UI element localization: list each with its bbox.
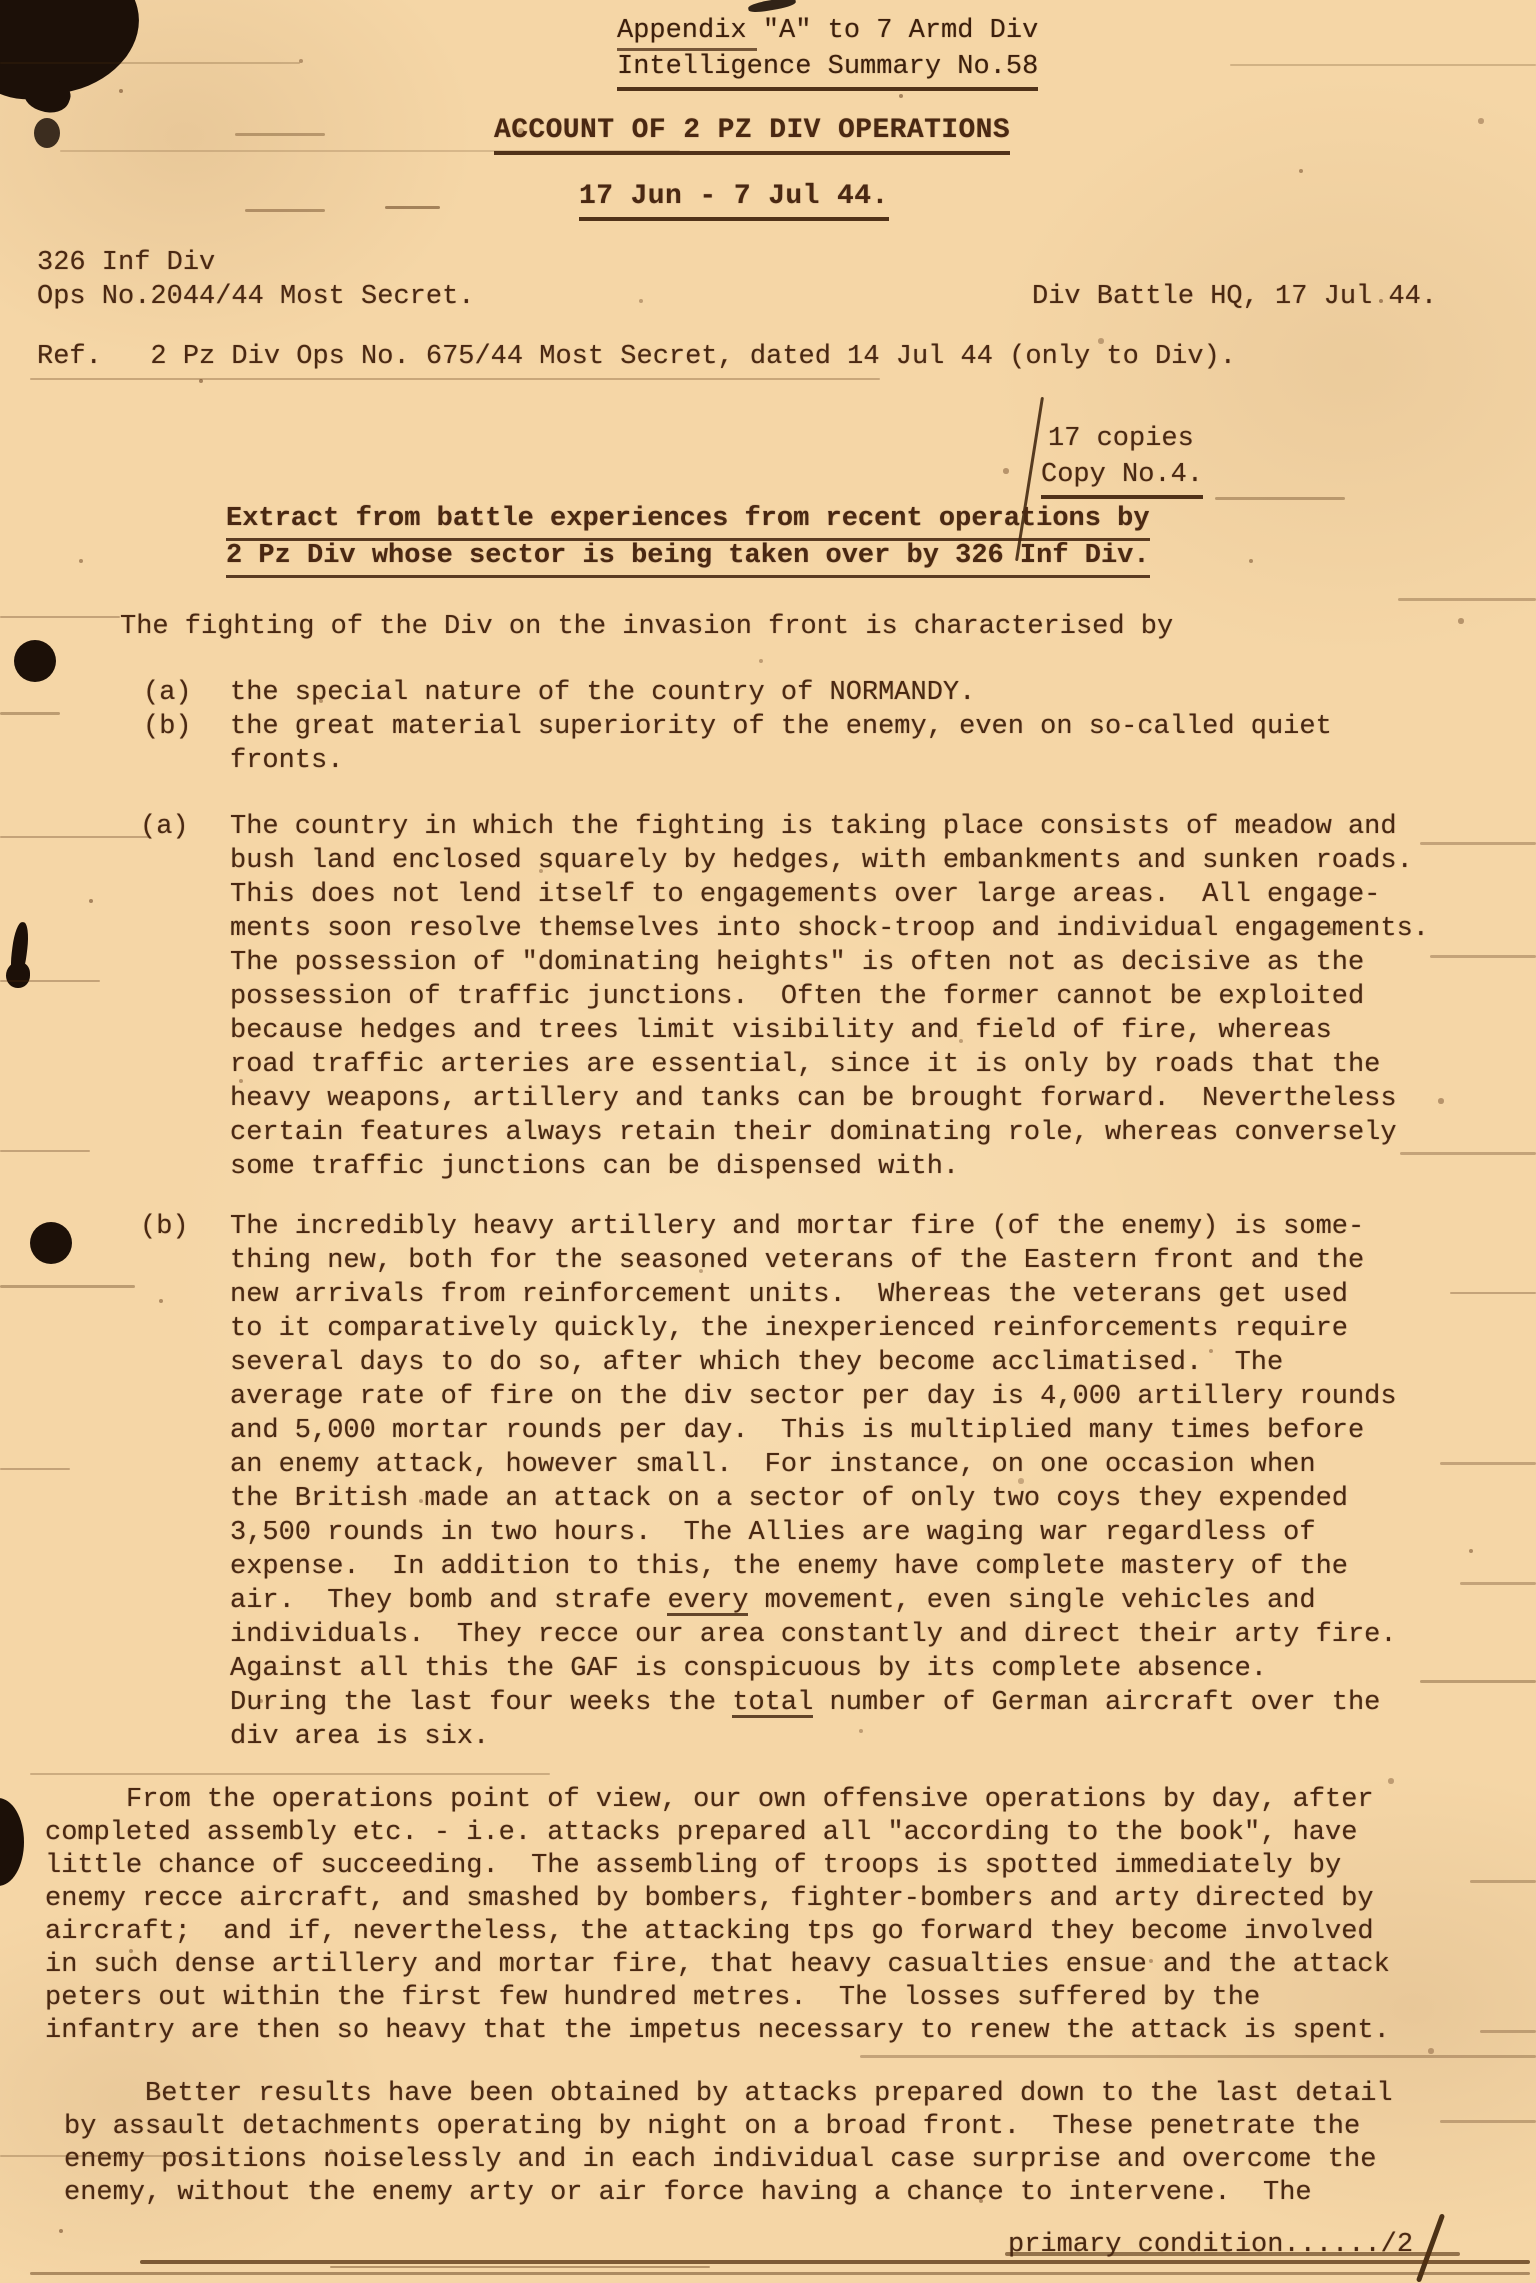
- scan-streak: [860, 2055, 1536, 2058]
- paragraph-b-label: (b): [140, 1210, 189, 1244]
- ink-dot-left-2: [30, 1222, 72, 1264]
- scan-streak: [1215, 497, 1345, 500]
- scan-streak: [245, 209, 325, 212]
- scan-streak: [235, 133, 325, 136]
- paragraph-operations-by-day: From the operations point of view, our o…: [45, 1784, 1390, 2048]
- hq-dateline: Div Battle HQ, 17 Jul 44.: [1032, 280, 1437, 314]
- extract-heading-line2: 2 Pz Div whose sector is being taken ove…: [226, 539, 1150, 578]
- list-item-b-text: the great material superiority of the en…: [230, 710, 1332, 778]
- paragraph-b-body: The incredibly heavy artillery and morta…: [230, 1210, 1397, 1754]
- copies-count: 17 copies: [1048, 422, 1194, 456]
- scan-streak: [0, 62, 300, 64]
- scan-streak: [0, 1468, 70, 1470]
- scan-streak: [30, 1773, 550, 1775]
- scan-streak: [0, 836, 150, 838]
- scan-streak: [1440, 1462, 1536, 1465]
- scan-streak: [0, 1285, 135, 1288]
- intro-sentence: The fighting of the Div on the invasion …: [120, 610, 1173, 644]
- scan-streak: [385, 206, 440, 209]
- paragraph-a-label: (a): [140, 810, 189, 844]
- ink-blot-corner: [0, 0, 153, 113]
- paragraph-a-body: The country in which the fighting is tak…: [230, 810, 1429, 1184]
- scan-streak: [0, 712, 60, 715]
- unit-designation: 326 Inf Div: [37, 246, 215, 280]
- paper-specks: [0, 0, 2, 2]
- scan-streak: [1230, 64, 1536, 66]
- scan-streak: [1470, 1880, 1536, 1883]
- scan-streak: [0, 1150, 90, 1152]
- copy-number: Copy No.4.: [1041, 458, 1203, 499]
- intelligence-summary-line: Intelligence Summary No.58: [617, 50, 1038, 91]
- ink-blot-corner-drip: [34, 118, 60, 148]
- ops-number: Ops No.2044/44 Most Secret.: [37, 280, 474, 314]
- bottom-rule-short: [330, 2266, 710, 2268]
- ink-mark-top-center: [747, 0, 796, 14]
- scan-streak: [1430, 955, 1536, 958]
- scan-streak: [30, 378, 880, 380]
- scanned-document: { "colors": { "paper": "#f5d6a6", "ink":…: [0, 0, 1536, 2283]
- scan-streak: [0, 980, 100, 982]
- scan-streak: [1440, 2120, 1536, 2123]
- bottom-rule-secondary: [30, 2272, 1530, 2275]
- scan-streak: [1420, 1680, 1536, 1683]
- reference-line: Ref. 2 Pz Div Ops No. 675/44 Most Secret…: [37, 340, 1236, 374]
- scan-streak: [1480, 2030, 1536, 2033]
- document-title: ACCOUNT OF 2 PZ DIV OPERATIONS: [494, 114, 1010, 155]
- document-date-range: 17 Jun - 7 Jul 44.: [579, 180, 889, 221]
- ink-dot-left-1: [14, 640, 56, 682]
- appendix-line: Appendix "A" to 7 Armd Div: [617, 14, 1038, 48]
- scan-streak: [0, 616, 120, 618]
- extract-heading-line1: Extract from battle experiences from rec…: [226, 502, 1150, 541]
- scan-streak: [1420, 842, 1536, 845]
- list-item-a-text: the special nature of the country of NOR…: [230, 676, 975, 710]
- list-item-a-label: (a): [143, 676, 192, 710]
- scan-streak: [1398, 598, 1536, 601]
- paragraph-night-attacks: Better results have been obtained by att…: [64, 2078, 1393, 2210]
- catchword-page-footer: primary condition....../2: [1008, 2228, 1413, 2262]
- ink-dagger-left-base: [6, 962, 30, 988]
- list-item-b-label: (b): [143, 710, 192, 744]
- ink-blot-left-edge: [0, 1798, 24, 1886]
- scan-streak: [1460, 1582, 1536, 1585]
- scan-streak: [1450, 1292, 1536, 1294]
